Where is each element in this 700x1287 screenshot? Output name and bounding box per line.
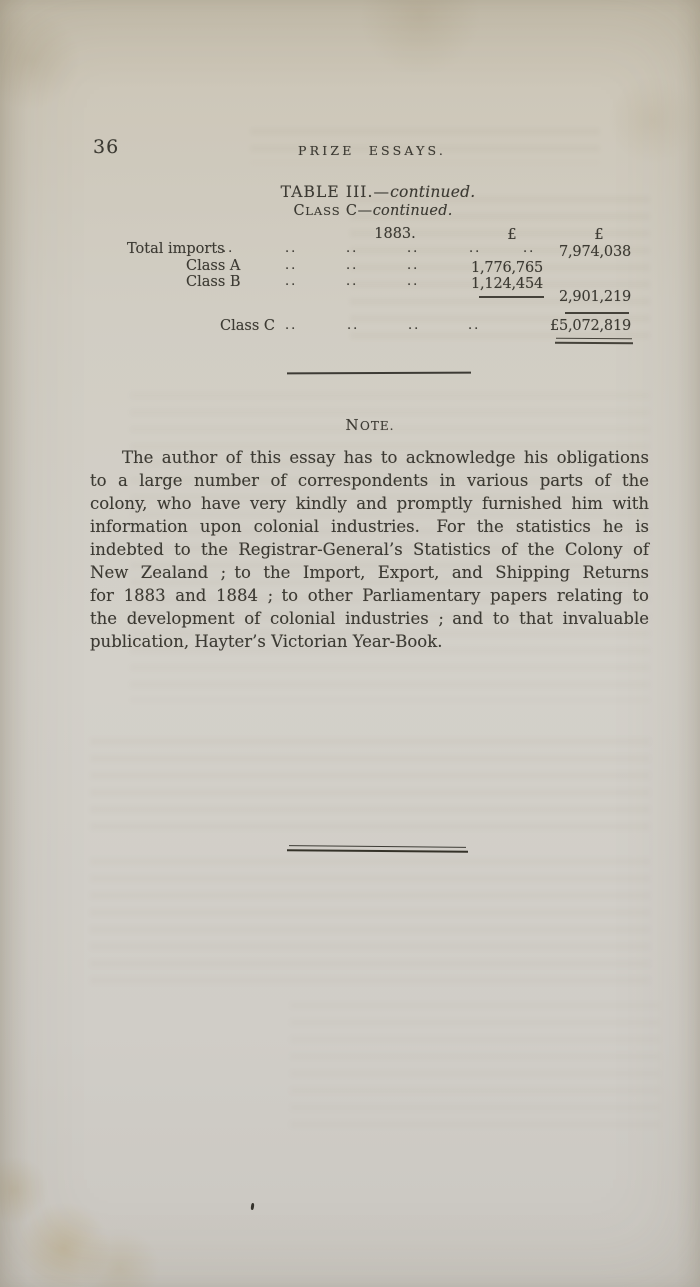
table-row-label-class-b: Class B: [186, 274, 241, 290]
table-subtitle-continued: continued.: [373, 203, 453, 219]
dot-leader: ..: [408, 318, 420, 333]
table-value-total-imports: 7,974,038: [527, 244, 631, 260]
dot-leader: ..: [285, 258, 297, 273]
dot-leader: ..: [285, 241, 297, 256]
end-divider-top: [289, 845, 466, 848]
sum-rule-col2: [565, 312, 629, 314]
table-subtitle-class: C—: [341, 203, 373, 219]
note-line: to a large number of correspondents in v…: [90, 469, 649, 492]
ink-speck: [251, 1203, 255, 1210]
dot-leader: ..: [407, 241, 419, 256]
scanned-book-page: 36 PRIZE ESSAYS. TABLE III.—continued. C…: [0, 0, 700, 1287]
double-total-rule-bottom: [555, 342, 633, 344]
note-line: indebted to the Registrar-General’s Stat…: [90, 538, 649, 561]
year-header: 1883.: [374, 226, 416, 242]
note-line: information upon colonial industries. Fo…: [90, 515, 649, 538]
note-paragraph: The author of this essay has to acknowle…: [90, 446, 649, 653]
page-number: 36: [93, 136, 119, 158]
dot-leader: ..: [346, 258, 358, 273]
table-row-label-class-a: Class A: [186, 258, 240, 274]
bleed-through-texture: [290, 1002, 660, 1132]
table-subtitle-smallcaps: LASS: [305, 204, 341, 218]
pound-sign-col1: £: [507, 227, 516, 243]
dot-leader: ..: [285, 318, 297, 333]
dot-leader: ..: [407, 274, 419, 289]
end-divider-bottom: [287, 849, 468, 853]
dot-leader: ..: [469, 241, 481, 256]
running-header: PRIZE ESSAYS.: [298, 143, 446, 158]
table-title: TABLE III.—continued.: [281, 183, 476, 201]
pound-sign-col2: £: [594, 227, 603, 243]
dot-leader: ..: [285, 274, 297, 289]
note-line: the development of colonial industries ;…: [90, 607, 649, 630]
table-subtitle-initial: C: [293, 203, 305, 219]
note-heading-smallcaps: OTE.: [360, 419, 394, 433]
note-line: for 1883 and 1884 ; to other Parliamenta…: [90, 584, 649, 607]
dot-leader: ..: [407, 258, 419, 273]
table-row-label-total-imports: Total imports: [127, 241, 225, 257]
note-line: New Zealand ; to the Import, Export, and…: [90, 561, 649, 584]
table-title-caps: TABLE III.—: [281, 183, 391, 201]
dot-leader: ..: [346, 241, 358, 256]
dot-leader: ..: [222, 241, 234, 256]
section-divider: [287, 372, 471, 374]
note-line: The author of this essay has to acknowle…: [90, 446, 649, 469]
note-line: publication, Hayter’s Victorian Year-Boo…: [90, 630, 649, 653]
table-title-continued: continued.: [390, 183, 475, 201]
dot-leader: ..: [468, 318, 480, 333]
table-value-class-a: 1,776,765: [443, 260, 543, 276]
table-value-subtotal: 2,901,219: [527, 289, 631, 305]
note-heading-initial: N: [346, 416, 361, 434]
table-subtitle: CLASS C—continued.: [293, 203, 452, 219]
note-heading: NOTE.: [346, 416, 395, 434]
dot-leader: ..: [347, 318, 359, 333]
table-row-label-class-c: Class C: [220, 318, 275, 334]
table-value-class-c: £5,072,819: [527, 318, 631, 334]
bleed-through-texture: [90, 858, 650, 988]
dot-leader: ..: [346, 274, 358, 289]
bleed-through-texture: [90, 738, 650, 838]
double-total-rule-top: [556, 338, 632, 340]
note-line: colony, who have very kindly and promptl…: [90, 492, 649, 515]
